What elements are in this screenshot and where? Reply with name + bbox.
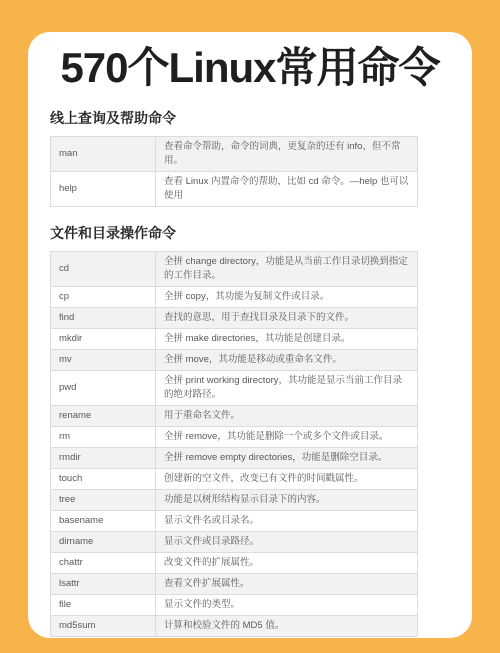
section-heading: 文件和目录操作命令 bbox=[50, 225, 472, 241]
table-row: lsattr 查看文件扩展属性。 bbox=[51, 574, 418, 595]
table-row: help 查看 Linux 内置命令的帮助，比如 cd 命令。—help 也可以… bbox=[51, 172, 418, 207]
command-name-cell: man bbox=[51, 137, 156, 172]
command-name-cell: chattr bbox=[51, 553, 156, 574]
command-name-cell: cd bbox=[51, 252, 156, 287]
command-name-cell: rm bbox=[51, 427, 156, 448]
table-row: file 显示文件的类型。 bbox=[51, 595, 418, 616]
table-row: pwd 全拼 print working directory，其功能是显示当前工… bbox=[51, 371, 418, 406]
command-name-cell: mv bbox=[51, 350, 156, 371]
table-row: mkdir 全拼 make directories，其功能是创建目录。 bbox=[51, 329, 418, 350]
command-name-cell: tree bbox=[51, 490, 156, 511]
command-name-cell: lsattr bbox=[51, 574, 156, 595]
command-description-cell: 全拼 print working directory，其功能是显示当前工作目录的… bbox=[156, 371, 418, 406]
command-name-cell: rmdir bbox=[51, 448, 156, 469]
command-name-cell: cp bbox=[51, 287, 156, 308]
command-description-cell: 全拼 remove empty directories，功能是删除空目录。 bbox=[156, 448, 418, 469]
command-description-cell: 全拼 remove，其功能是删除一个或多个文件或目录。 bbox=[156, 427, 418, 448]
command-description-cell: 全拼 make directories，其功能是创建目录。 bbox=[156, 329, 418, 350]
command-table-body: cd 全拼 change directory，功能是从当前工作目录切换到指定的工… bbox=[51, 252, 418, 637]
command-description-cell: 用于重命名文件。 bbox=[156, 406, 418, 427]
command-description-cell: 显示文件名或目录名。 bbox=[156, 511, 418, 532]
table-row: find 查找的意思，用于查找目录及目录下的文件。 bbox=[51, 308, 418, 329]
command-description-cell: 查看 Linux 内置命令的帮助，比如 cd 命令。—help 也可以使用 bbox=[156, 172, 418, 207]
table-row: rename 用于重命名文件。 bbox=[51, 406, 418, 427]
command-description-cell: 全拼 change directory，功能是从当前工作目录切换到指定的工作目录… bbox=[156, 252, 418, 287]
table-row: rmdir 全拼 remove empty directories，功能是删除空… bbox=[51, 448, 418, 469]
page-title: 570个Linux常用命令 bbox=[28, 44, 472, 92]
command-name-cell: dirname bbox=[51, 532, 156, 553]
sections-container: 线上查询及帮助命令 man 查看命令帮助，命令的词典，更复杂的还有 info，但… bbox=[28, 110, 472, 637]
command-description-cell: 显示文件或目录路径。 bbox=[156, 532, 418, 553]
table-row: tree 功能是以树形结构显示目录下的内容。 bbox=[51, 490, 418, 511]
command-description-cell: 计算和校验文件的 MD5 值。 bbox=[156, 616, 418, 637]
table-row: rm 全拼 remove，其功能是删除一个或多个文件或目录。 bbox=[51, 427, 418, 448]
table-row: chattr 改变文件的扩展属性。 bbox=[51, 553, 418, 574]
table-row: basename 显示文件名或目录名。 bbox=[51, 511, 418, 532]
table-row: md5sum 计算和校验文件的 MD5 值。 bbox=[51, 616, 418, 637]
command-name-cell: pwd bbox=[51, 371, 156, 406]
command-section: 线上查询及帮助命令 man 查看命令帮助，命令的词典，更复杂的还有 info，但… bbox=[50, 110, 472, 207]
command-description-cell: 显示文件的类型。 bbox=[156, 595, 418, 616]
command-description-cell: 查找的意思，用于查找目录及目录下的文件。 bbox=[156, 308, 418, 329]
command-description-cell: 全拼 copy，其功能为复制文件或目录。 bbox=[156, 287, 418, 308]
section-heading: 线上查询及帮助命令 bbox=[50, 110, 472, 126]
command-name-cell: file bbox=[51, 595, 156, 616]
command-name-cell: touch bbox=[51, 469, 156, 490]
command-name-cell: rename bbox=[51, 406, 156, 427]
command-description-cell: 改变文件的扩展属性。 bbox=[156, 553, 418, 574]
command-name-cell: find bbox=[51, 308, 156, 329]
poster-background: 570个Linux常用命令 线上查询及帮助命令 man 查看命令帮助，命令的词典… bbox=[0, 0, 500, 653]
command-name-cell: basename bbox=[51, 511, 156, 532]
command-description-cell: 查看文件扩展属性。 bbox=[156, 574, 418, 595]
command-section: 文件和目录操作命令 cd 全拼 change directory，功能是从当前工… bbox=[50, 225, 472, 637]
command-description-cell: 全拼 move，其功能是移动或重命名文件。 bbox=[156, 350, 418, 371]
command-name-cell: mkdir bbox=[51, 329, 156, 350]
command-description-cell: 创建新的空文件，改变已有文件的时间戳属性。 bbox=[156, 469, 418, 490]
command-name-cell: help bbox=[51, 172, 156, 207]
table-row: dirname 显示文件或目录路径。 bbox=[51, 532, 418, 553]
table-row: man 查看命令帮助，命令的词典，更复杂的还有 info，但不常用。 bbox=[51, 137, 418, 172]
table-row: cd 全拼 change directory，功能是从当前工作目录切换到指定的工… bbox=[51, 252, 418, 287]
command-description-cell: 查看命令帮助，命令的词典，更复杂的还有 info，但不常用。 bbox=[156, 137, 418, 172]
content-card: 570个Linux常用命令 线上查询及帮助命令 man 查看命令帮助，命令的词典… bbox=[28, 32, 472, 638]
command-description-cell: 功能是以树形结构显示目录下的内容。 bbox=[156, 490, 418, 511]
table-row: cp 全拼 copy，其功能为复制文件或目录。 bbox=[51, 287, 418, 308]
table-row: touch 创建新的空文件，改变已有文件的时间戳属性。 bbox=[51, 469, 418, 490]
table-row: mv 全拼 move，其功能是移动或重命名文件。 bbox=[51, 350, 418, 371]
command-name-cell: md5sum bbox=[51, 616, 156, 637]
command-table: cd 全拼 change directory，功能是从当前工作目录切换到指定的工… bbox=[50, 251, 418, 637]
command-table: man 查看命令帮助，命令的词典，更复杂的还有 info，但不常用。 help … bbox=[50, 136, 418, 207]
command-table-body: man 查看命令帮助，命令的词典，更复杂的还有 info，但不常用。 help … bbox=[51, 137, 418, 207]
